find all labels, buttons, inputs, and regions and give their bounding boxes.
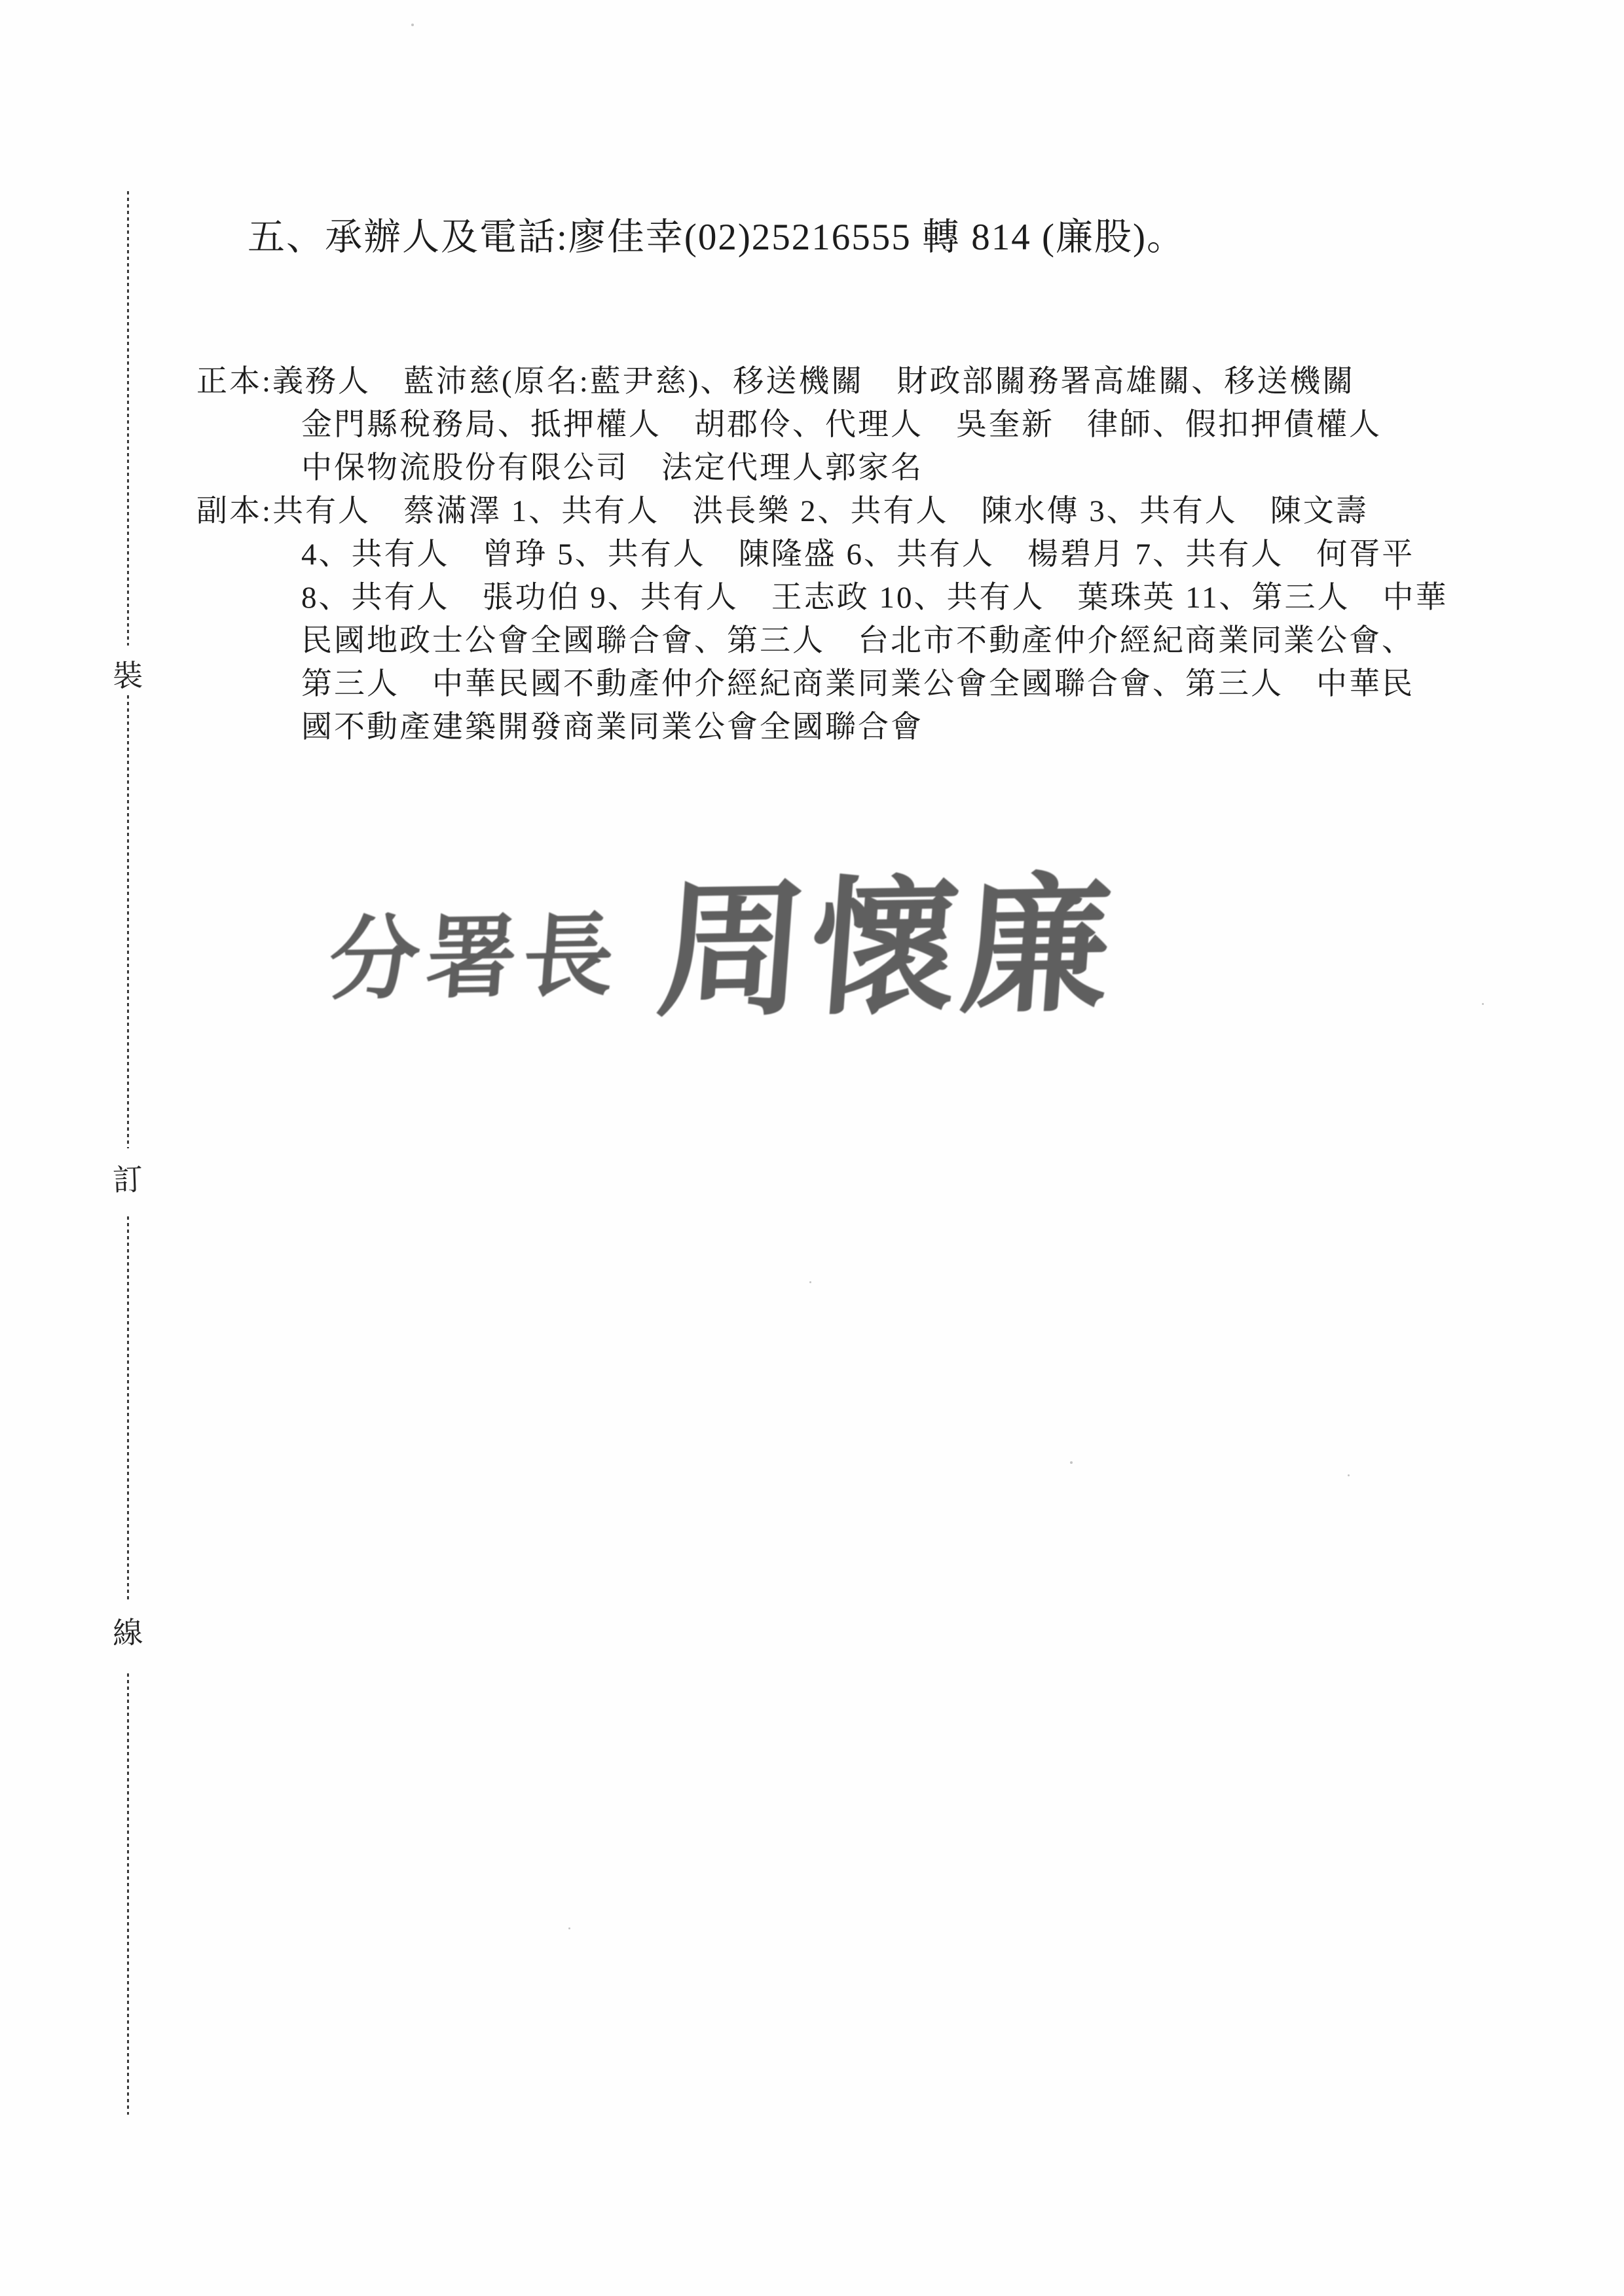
distribution-line-copy: 副本:共有人 蔡滿澤 1、共有人 洪長樂 2、共有人 陳水傳 3、共有人 陳文壽	[196, 490, 1449, 533]
official-stamp: 分署長 周懷廉	[323, 833, 1122, 1041]
distribution-line: 4、共有人 曾琤 5、共有人 陳隆盛 6、共有人 楊碧月 7、共有人 何胥平	[301, 533, 1449, 576]
scan-speck	[1348, 1474, 1350, 1476]
distribution-line: 8、共有人 張功伯 9、共有人 王志政 10、共有人 葉珠英 11、第三人 中華	[301, 576, 1449, 619]
distribution-line: 中保物流股份有限公司 法定代理人郭家名	[301, 446, 1449, 490]
distribution-line: 金門縣稅務局、抵押權人 胡郡伶、代理人 吳奎新 律師、假扣押債權人	[301, 403, 1449, 446]
stamp-name: 周懷廉	[652, 826, 1123, 1045]
binding-label-ding: 訂	[108, 1156, 147, 1200]
distribution-line: 第三人 中華民國不動產仲介經紀商業同業公會全國聯合會、第三人 中華民	[301, 663, 1449, 706]
binding-label-zhuang: 裝	[108, 651, 147, 696]
distribution-line-original: 正本:義務人 藍沛慈(原名:藍尹慈)、移送機關 財政部關務署高雄關、移送機關	[196, 360, 1449, 403]
scan-speck	[411, 24, 414, 26]
document-page: 裝 訂 線 五、承辦人及電話:廖佳幸(02)25216555 轉 814 (廉股…	[0, 0, 1624, 2296]
scan-speck	[568, 1927, 570, 1929]
binding-dotted-line	[127, 695, 129, 1148]
scan-speck	[1070, 1461, 1073, 1464]
scan-speck	[809, 1281, 811, 1283]
distribution-block: 正本:義務人 藍沛慈(原名:藍尹慈)、移送機關 財政部關務署高雄關、移送機關 金…	[196, 360, 1449, 749]
stamp-title: 分署長	[325, 883, 626, 1017]
distribution-line: 國不動產建築開發商業同業公會全國聯合會	[301, 706, 1449, 749]
binding-dotted-line	[127, 1673, 129, 2115]
distribution-line: 民國地政士公會全國聯合會、第三人 台北市不動產仲介經紀商業同業公會、	[301, 619, 1449, 663]
scan-speck	[1482, 1003, 1484, 1005]
binding-label-xian: 線	[108, 1609, 147, 1653]
binding-dotted-line	[127, 1216, 129, 1599]
contact-line: 五、承辦人及電話:廖佳幸(02)25216555 轉 814 (廉股)。	[248, 207, 1185, 261]
binding-dotted-line	[127, 191, 129, 646]
